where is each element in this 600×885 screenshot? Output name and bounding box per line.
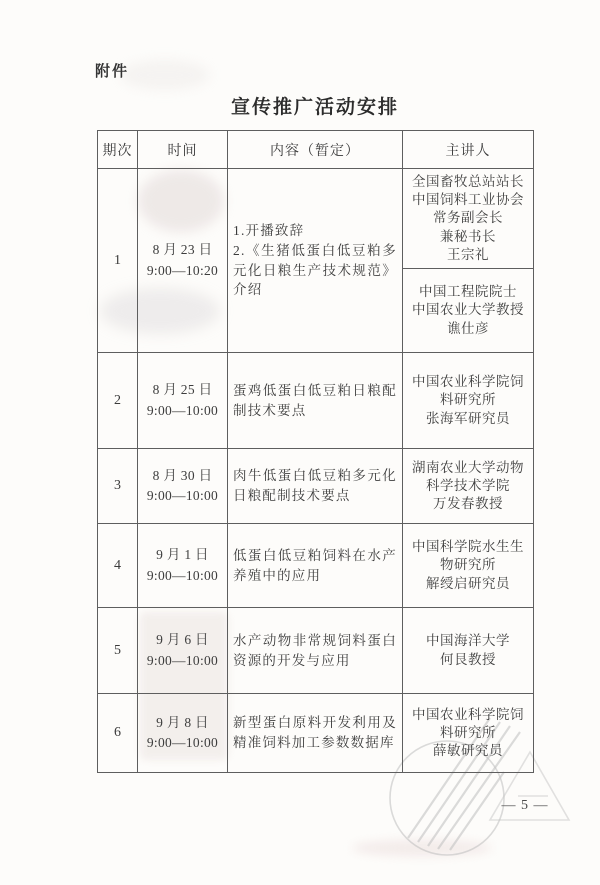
schedule-table: 期次 时间 内容（暂定） 主讲人 1 8 月 23 日 9:00—10:20 1… [97,130,534,773]
content-cell: 蛋鸡低蛋白低豆粕日粮配制技术要点 [228,353,403,449]
content-cell: 1.开播致辞 2.《生猪低蛋白低豆粕多元化日粮生产技术规范》介绍 [228,169,403,353]
period-cell: 2 [98,353,138,449]
period-cell: 6 [98,694,138,773]
speaker-cell: 中国科学院水生生物研究所 解绶启研究员 [403,524,534,608]
table-row: 4 9 月 1 日 9:00—10:00 低蛋白低豆粕饲料在水产养殖中的应用 中… [98,524,534,608]
period-cell: 5 [98,608,138,694]
page-number: — 5 — [470,798,580,814]
column-header-content: 内容（暂定） [228,131,403,169]
time-cell: 8 月 30 日 9:00—10:00 [138,449,228,524]
page-title: 宣传推广活动安排 [97,92,533,119]
content-cell: 水产动物非常规饲料蛋白资源的开发与应用 [228,608,403,694]
content-cell: 肉牛低蛋白低豆粕多元化日粮配制技术要点 [228,449,403,524]
speaker-cell: 中国海洋大学 何艮教授 [403,608,534,694]
speaker-cell: 全国畜牧总站站长 中国饲料工业协会 常务副会长 兼秘书长 王宗礼 [403,169,534,269]
attachment-label: 附件 [95,60,129,81]
period-cell: 1 [98,169,138,353]
period-cell: 4 [98,524,138,608]
column-header-time: 时间 [138,131,228,169]
column-header-speaker: 主讲人 [403,131,534,169]
content-cell: 低蛋白低豆粕饲料在水产养殖中的应用 [228,524,403,608]
table-header-row: 期次 时间 内容（暂定） 主讲人 [98,131,534,169]
time-cell: 9 月 1 日 9:00—10:00 [138,524,228,608]
time-cell: 9 月 6 日 9:00—10:00 [138,608,228,694]
column-header-period: 期次 [98,131,138,169]
speaker-cell: 湖南农业大学动物科学技术学院 万发春教授 [403,449,534,524]
speaker-cell: 中国农业科学院饲料研究所 薛敏研究员 [403,694,534,773]
scanned-document-page: 附件 宣传推广活动安排 期次 时间 内容（暂定） 主讲人 1 8 月 23 日 … [0,0,600,885]
time-cell: 8 月 23 日 9:00—10:20 [138,169,228,353]
speaker-cell: 中国工程院院士 中国农业大学教授 谯仕彦 [403,269,534,353]
table-row: 1 8 月 23 日 9:00—10:20 1.开播致辞 2.《生猪低蛋白低豆粕… [98,169,534,269]
table-row: 6 9 月 8 日 9:00—10:00 新型蛋白原料开发利用及精准饲料加工参数… [98,694,534,773]
table-row: 2 8 月 25 日 9:00—10:00 蛋鸡低蛋白低豆粕日粮配制技术要点 中… [98,353,534,449]
table-row: 3 8 月 30 日 9:00—10:00 肉牛低蛋白低豆粕多元化日粮配制技术要… [98,449,534,524]
period-cell: 3 [98,449,138,524]
scan-smudge [120,60,210,90]
table-row: 5 9 月 6 日 9:00—10:00 水产动物非常规饲料蛋白资源的开发与应用… [98,608,534,694]
speaker-cell: 中国农业科学院饲料研究所 张海军研究员 [403,353,534,449]
content-cell: 新型蛋白原料开发利用及精准饲料加工参数数据库 [228,694,403,773]
time-cell: 9 月 8 日 9:00—10:00 [138,694,228,773]
time-cell: 8 月 25 日 9:00—10:00 [138,353,228,449]
